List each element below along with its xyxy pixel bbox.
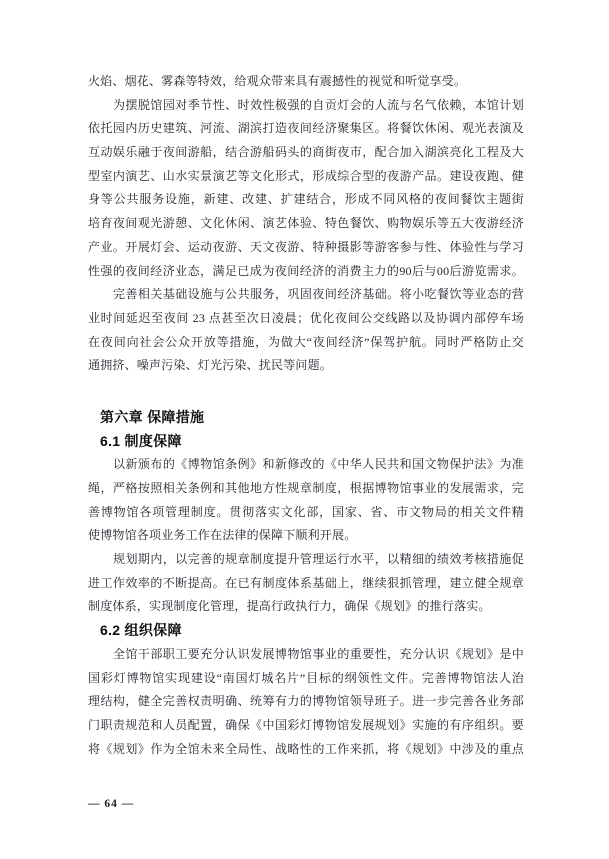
text-line: 理结构，健全完善权责明确、统筹有力的博物馆领导班子。进一步完善各业务部 (88, 690, 524, 714)
text-line: 国彩灯博物馆实现建设“南国灯城名片”目标的纲领性文件。完善博物馆法人治 (88, 667, 524, 691)
text-line: 性强的夜间经济业态，满足已成为夜间经济的消费主力的90后与00后游览需求。 (88, 260, 524, 284)
text-line: 将《规划》作为全馆未来全局性、战略性的工作来抓，将《规划》中涉及的重点 (88, 738, 524, 762)
page-number: — 64 — (88, 798, 134, 810)
text-line: 火焰、烟花、雾森等特效，给观众带来具有震撼性的视觉和听觉享受。 (88, 70, 524, 94)
document-page: 火焰、烟花、雾森等特效，给观众带来具有震撼性的视觉和听觉享受。为摆脱馆园对季节性… (0, 0, 609, 859)
text-line: 型室内演艺、山水实景演艺等文化形式，形成综合型的夜游产品。建设夜跑、健 (88, 165, 524, 189)
text-line: 培育夜间观光游憩、文化休闲、演艺体验、特色餐饮、购物娱乐等五大夜游经济 (88, 212, 524, 236)
text-line: 依托园内历史建筑、河流、湖滨打造夜间经济聚集区。将餐饮休闲、观光表演及 (88, 117, 524, 141)
text-line: 互动娱乐融于夜间游船，结合游船码头的商街夜市，配合加入湖滨亮化工程及大 (88, 141, 524, 165)
text-line: 业时间延迟至夜间 23 点甚至次日凌晨；优化夜间公交线路以及协调内部停车场 (88, 307, 524, 331)
text-line: 善博物馆各项管理制度。贯彻落实文化部，国家、省、市文物局的相关文件精神， (88, 501, 524, 525)
text-line: 在夜间向社会公众开放等措施，为做大“夜间经济”保驾护航。同时严格防止交 (88, 331, 524, 355)
paragraph-gap (88, 378, 524, 406)
section-heading: 6.2 组织保障 (88, 619, 524, 643)
section-heading: 6.1 制度保障 (88, 430, 524, 454)
text-line: 全馆干部职工要充分认识发展博物馆事业的重要性，充分认识《规划》是中 (88, 643, 524, 667)
text-line: 通拥挤、噪声污染、灯光污染、扰民等问题。 (88, 354, 524, 378)
text-line: 使博物馆各项业务工作在法律的保障下顺利开展。 (88, 524, 524, 548)
text-line: 产业。开展灯会、运动夜游、天文夜游、特种摄影等游客参与性、体验性与学习 (88, 236, 524, 260)
text-line: 进工作效率的不断提高。在已有制度体系基础上，继续狠抓管理，建立健全规章 (88, 572, 524, 596)
text-line: 绳，严格按照相关条例和其他地方性规章制度，根据博物馆事业的发展需求，完 (88, 477, 524, 501)
text-line: 身等公共服务设施，新建、改建、扩建结合，形成不同风格的夜间餐饮主题街区， (88, 188, 524, 212)
text-line: 门职责规范和人员配置，确保《中国彩灯博物馆发展规划》实施的有序组织。要 (88, 714, 524, 738)
text-line: 规划期内，以完善的规章制度提升管理运行水平，以精细的绩效考核措施促 (88, 548, 524, 572)
text-line: 完善相关基础设施与公共服务，巩固夜间经济基础。将小吃餐饮等业态的营 (88, 283, 524, 307)
text-line: 制度体系，实现制度化管理，提高行政执行力，确保《规划》的推行落实。 (88, 595, 524, 619)
text-line: 以新颁布的《博物馆条例》和新修改的《中华人民共和国文物保护法》为准 (88, 453, 524, 477)
chapter-heading: 第六章 保障措施 (88, 406, 524, 430)
document-content: 火焰、烟花、雾森等特效，给观众带来具有震撼性的视觉和听觉享受。为摆脱馆园对季节性… (88, 70, 524, 761)
text-line: 为摆脱馆园对季节性、时效性极强的自贡灯会的人流与名气依赖，本馆计划 (88, 94, 524, 118)
